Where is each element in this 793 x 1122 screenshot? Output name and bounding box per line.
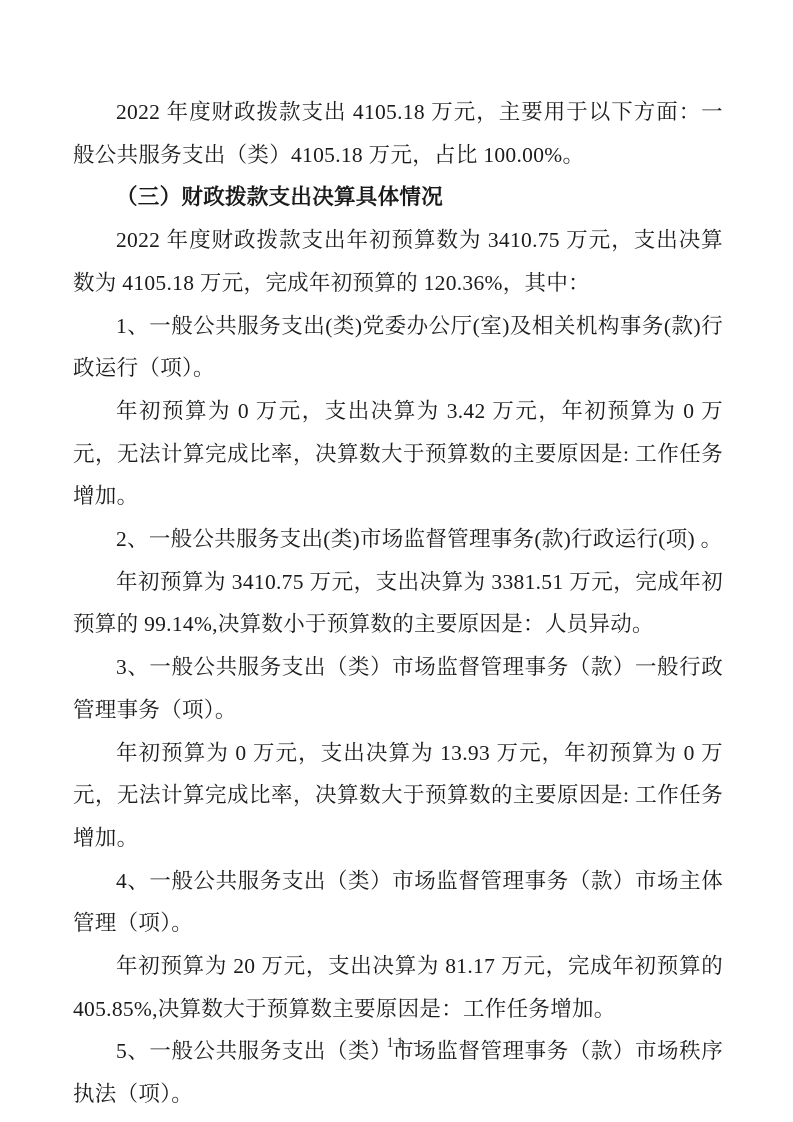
item-3-detail: 年初预算为 0 万元，支出决算为 13.93 万元，年初预算为 0 万元，无法计…	[73, 732, 723, 860]
page-body: 2022 年度财政拨款支出 4105.18 万元，主要用于以下方面：一般公共服务…	[73, 91, 723, 1116]
item-3-title: 3、一般公共服务支出（类）市场监督管理事务（款）一般行政管理事务（项）。	[73, 646, 723, 731]
item-1-detail: 年初预算为 0 万元，支出决算为 3.42 万元，年初预算为 0 万元，无法计算…	[73, 390, 723, 518]
section-heading-expenditure-details: （三）财政拨款支出决算具体情况	[73, 176, 723, 219]
item-2-detail: 年初预算为 3410.75 万元，支出决算为 3381.51 万元，完成年初预算…	[73, 561, 723, 646]
item-2-title: 2、一般公共服务支出(类)市场监督管理事务(款)行政运行(项) 。	[73, 518, 723, 561]
item-4-title: 4、一般公共服务支出（类）市场监督管理事务（款）市场主体管理（项）。	[73, 860, 723, 945]
paragraph-expenditure-overview: 2022 年度财政拨款支出 4105.18 万元，主要用于以下方面：一般公共服务…	[73, 91, 723, 176]
document-page: 2022 年度财政拨款支出 4105.18 万元，主要用于以下方面：一般公共服务…	[0, 0, 793, 1122]
page-number: - 11 -	[372, 1035, 421, 1051]
item-4-detail: 年初预算为 20 万元，支出决算为 81.17 万元，完成年初预算的 405.8…	[73, 945, 723, 1030]
page-footer: - 11 -	[0, 1034, 793, 1052]
item-1-title: 1、一般公共服务支出(类)党委办公厅(室)及相关机构事务(款)行政运行（项）。	[73, 305, 723, 390]
paragraph-budget-vs-final: 2022 年度财政拨款支出年初预算数为 3410.75 万元，支出决算数为 41…	[73, 219, 723, 304]
